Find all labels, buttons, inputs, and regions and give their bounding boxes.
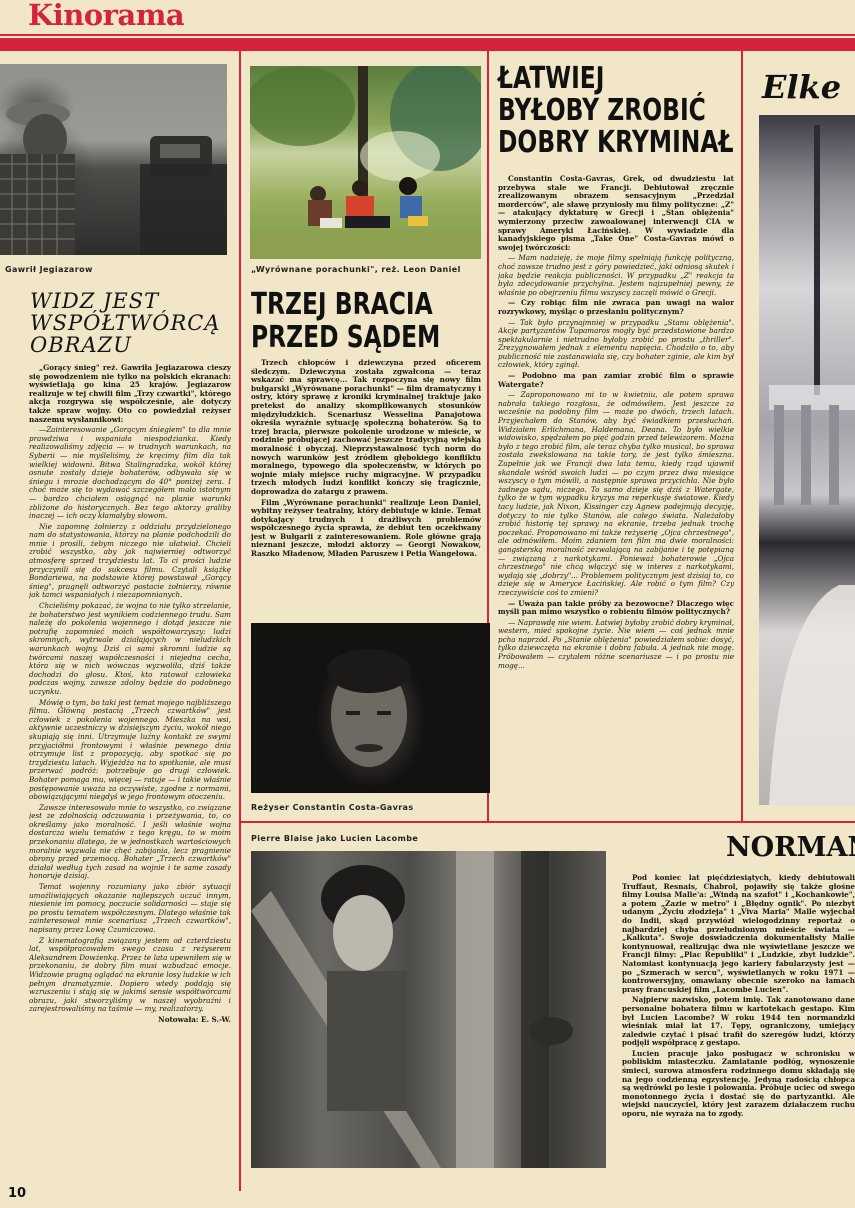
photo-caption: Pierre Blaise jako Lucien Lacombe: [251, 834, 418, 843]
headline-line: TRZEJ BRACIA: [251, 288, 440, 321]
interview-question: — Podobno ma pan zamiar zrobić film o sp…: [498, 372, 734, 389]
photo-scene: [759, 115, 855, 805]
article-body-middle: Trzech chłopców i dziewczyna przed ofice…: [251, 359, 481, 604]
section-title: Kinorama: [28, 0, 184, 32]
photo-caption: Gawrił Jegiazarow: [5, 265, 93, 274]
paragraph: Z kinematografią związany jestem od czte…: [29, 937, 231, 1014]
headline-line: PRZED SĄDEM: [251, 321, 440, 354]
masthead: Kinorama: [0, 0, 855, 55]
photo-scene: [251, 623, 490, 793]
headline-elke: Elke: [762, 68, 841, 106]
paragraph: Zawsze interesowało mnie to wszystko, co…: [29, 804, 231, 881]
column-divider: [239, 51, 241, 1191]
section-divider: [239, 821, 855, 823]
photo-caption: „Wyrównane porachunki", reż. Leon Daniel: [251, 265, 461, 274]
headline-line: WIDZ JEST: [30, 290, 221, 312]
masthead-thick-bar: [0, 38, 855, 51]
photo-scene: [250, 66, 481, 259]
paragraph: Pod koniec lat pięćdziesiątych, kiedy de…: [622, 874, 855, 994]
interview-answer: — Zaproponowano mi to w kwietniu, ale po…: [498, 391, 734, 597]
headline-trzej-bracia: TRZEJ BRACIA PRZED SĄDEM: [251, 288, 440, 354]
interview-answer: — Tak było przynajmniej w przypadku „Sta…: [498, 319, 734, 371]
interview-answer: — Mam nadzieję, że moje filmy spełniają …: [498, 254, 734, 297]
photo-wyrownane-porachunki: [250, 66, 481, 259]
headline-line: OBRAZU: [30, 334, 221, 356]
paragraph: Najpierw nazwisko, potem imię. Tak zanot…: [622, 996, 855, 1048]
article-body-right: Constantin Costa-Gavras, Grek, od dwudzi…: [498, 175, 734, 815]
photo-scene: [251, 851, 606, 1168]
photo-director-jegiazarow: [0, 64, 227, 255]
author-signature: Notowała: E. S.-W.: [29, 1016, 231, 1025]
paragraph: Trzech chłopców i dziewczyna przed ofice…: [251, 359, 481, 497]
headline-line: BYŁOBY ZROBIĆ: [498, 95, 734, 127]
photo-lucien-lacombe: [251, 851, 606, 1168]
headline-latwiej-byloby: ŁATWIEJ BYŁOBY ZROBIĆ DOBRY KRYMINAŁ: [498, 63, 734, 159]
paragraph: Chcieliśmy pokazać, że wojna to nie tylk…: [29, 602, 231, 697]
paragraph: Mówię o tym, bo taki jest temat mojego n…: [29, 699, 231, 802]
photo-scene: [0, 64, 227, 255]
headline-line: WSPÓŁTWÓRCĄ: [30, 312, 221, 334]
paragraph: „Gorący śnieg" reż. Gawriła Jegiazarowa …: [29, 364, 231, 424]
paragraph: —Zainteresowanie „Gorącym śniegiem" to d…: [29, 426, 231, 521]
article-body-bottom: Pod koniec lat pięćdziesiątych, kiedy de…: [622, 874, 855, 1174]
headline-line: ŁATWIEJ: [498, 63, 734, 95]
paragraph: Lucien pracuje jako posługacz w schronis…: [622, 1050, 855, 1119]
paragraph: Nie zapomnę żołnierzy z oddziału przydzi…: [29, 523, 231, 600]
headline-widz-jest-wspoltworca: WIDZ JEST WSPÓŁTWÓRCĄ OBRAZU: [30, 290, 221, 356]
paragraph: Film „Wyrównane porachunki" realizuje Le…: [251, 499, 481, 559]
headline-normandia: NORMAN: [726, 832, 855, 863]
headline-line: DOBRY KRYMINAŁ: [498, 127, 734, 159]
masthead-thin-rule: [0, 34, 855, 36]
page-number: 10: [8, 1186, 26, 1201]
interview-answer: — Naprawdę nie wiem. Łatwiej byłoby zrob…: [498, 619, 734, 671]
photo-costa-gavras: [251, 623, 490, 793]
photo-elke: [759, 115, 855, 805]
interview-question: — Uważa pan takie próby za bezowocne? Dl…: [498, 600, 734, 617]
paragraph: Temat wojenny rozumiany jako zbiór sytua…: [29, 883, 231, 935]
paragraph: Constantin Costa-Gavras, Grek, od dwudzi…: [498, 175, 734, 252]
interview-question: — Czy robiąc film nie zwraca pan uwagi n…: [498, 299, 734, 316]
photo-caption: Reżyser Constantin Costa-Gavras: [251, 803, 414, 812]
column-divider: [741, 51, 743, 821]
article-body-left: „Gorący śnieg" reż. Gawriła Jegiazarowa …: [29, 364, 231, 1184]
